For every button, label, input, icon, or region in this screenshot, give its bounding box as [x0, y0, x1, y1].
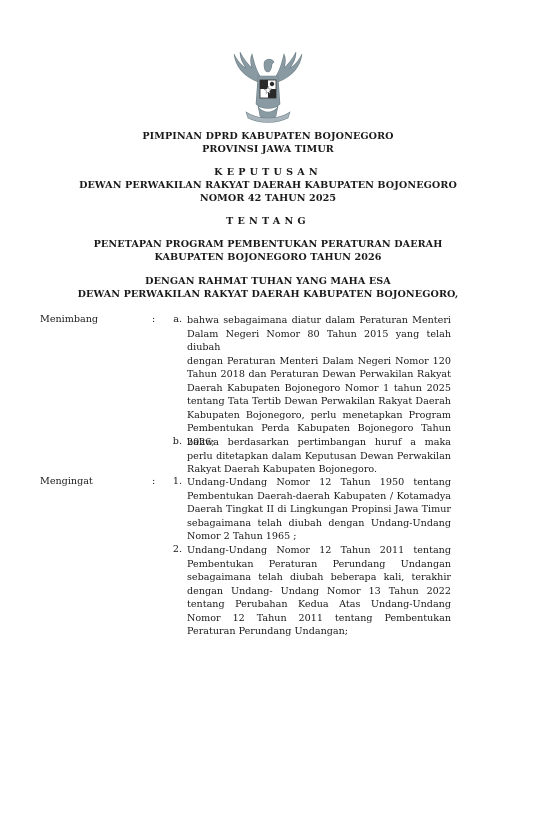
preamble-line-2: DEWAN PERWAKILAN RAKYAT DAERAH KABUPATEN…	[0, 289, 536, 300]
text-line: sebagaimana telah diubah dengan Undang-U…	[187, 517, 451, 531]
mengingat-label: Mengingat	[40, 476, 93, 487]
text-line: Dalam Negeri Nomor 80 Tahun 2015 yang te…	[187, 328, 451, 355]
text-line: Tahun 2018 dan Peraturan Dewan Perwakila…	[187, 368, 451, 382]
menimbang-item-b-marker: b.	[154, 436, 182, 447]
mengingat-item-1-marker: 1.	[154, 476, 182, 487]
text-line: Rakyat Daerah Kabupaten Bojonegoro.	[187, 463, 451, 477]
text-line: Pembentukan Peraturan Perundang Undangan	[187, 558, 451, 572]
mengingat-item-2: Undang-Undang Nomor 12 Tahun 2011 tentan…	[187, 544, 451, 639]
text-line: dengan Peraturan Menteri Dalam Negeri No…	[187, 355, 451, 369]
garuda-pancasila-emblem-icon	[228, 50, 308, 126]
text-line: tentang Tata Tertib Dewan Perwakilan Rak…	[187, 395, 451, 409]
text-line: Undang-Undang Nomor 12 Tahun 1950 tentan…	[187, 476, 451, 490]
text-line: sebagaimana telah diubah beberapa kali, …	[187, 571, 451, 585]
document-number: NOMOR 42 TAHUN 2025	[0, 193, 536, 204]
text-line: bahwa sebagaimana diatur dalam Peraturan…	[187, 314, 451, 328]
text-line: Daerah Kabupaten Bojonegoro Nomor 1 tahu…	[187, 382, 451, 396]
text-line: Pembentukan Perda Kabupaten Bojonegoro T…	[187, 422, 451, 436]
menimbang-item-a: bahwa sebagaimana diatur dalam Peraturan…	[187, 314, 451, 449]
text-line: Nomor 12 Tahun 2011 tentang Pembentukan	[187, 612, 451, 626]
preamble-line-1: DENGAN RAHMAT TUHAN YANG MAHA ESA	[0, 276, 536, 287]
menimbang-label: Menimbang	[40, 314, 98, 325]
institution-name: PIMPINAN DPRD KABUPATEN BOJONEGORO	[0, 131, 536, 142]
text-line: Peraturan Perundang Undangan;	[187, 625, 451, 639]
menimbang-item-b: bahwa berdasarkan pertimbangan huruf a m…	[187, 436, 451, 477]
text-line: dengan Undang- Undang Nomor 13 Tahun 202…	[187, 585, 451, 599]
mengingat-item-2-marker: 2.	[154, 544, 182, 555]
text-line: Pembentukan Daerah-daerah Kabupaten / Ko…	[187, 490, 451, 504]
subject-line-1: PENETAPAN PROGRAM PEMBENTUKAN PERATURAN …	[0, 239, 536, 250]
province-name: PROVINSI JAWA TIMUR	[0, 144, 536, 155]
text-line: Undang-Undang Nomor 12 Tahun 2011 tentan…	[187, 544, 451, 558]
document-type: KEPUTUSAN	[0, 167, 536, 178]
subject-line-2: KABUPATEN BOJONEGORO TAHUN 2026	[0, 252, 536, 263]
menimbang-item-a-marker: a.	[154, 314, 182, 325]
text-line: bahwa berdasarkan pertimbangan huruf a m…	[187, 436, 451, 450]
text-line: perlu ditetapkan dalam Keputusan Dewan P…	[187, 450, 451, 464]
mengingat-item-1: Undang-Undang Nomor 12 Tahun 1950 tentan…	[187, 476, 451, 544]
about-label: TENTANG	[0, 216, 536, 227]
text-line: Daerah Tingkat II di Lingkungan Propinsi…	[187, 503, 451, 517]
text-line: tentang Perubahan Kedua Atas Undang-Unda…	[187, 598, 451, 612]
text-line: Kabupaten Bojonegoro, perlu menetapkan P…	[187, 409, 451, 423]
issuing-body: DEWAN PERWAKILAN RAKYAT DAERAH KABUPATEN…	[0, 180, 536, 191]
text-line: Nomor 2 Tahun 1965 ;	[187, 530, 451, 544]
